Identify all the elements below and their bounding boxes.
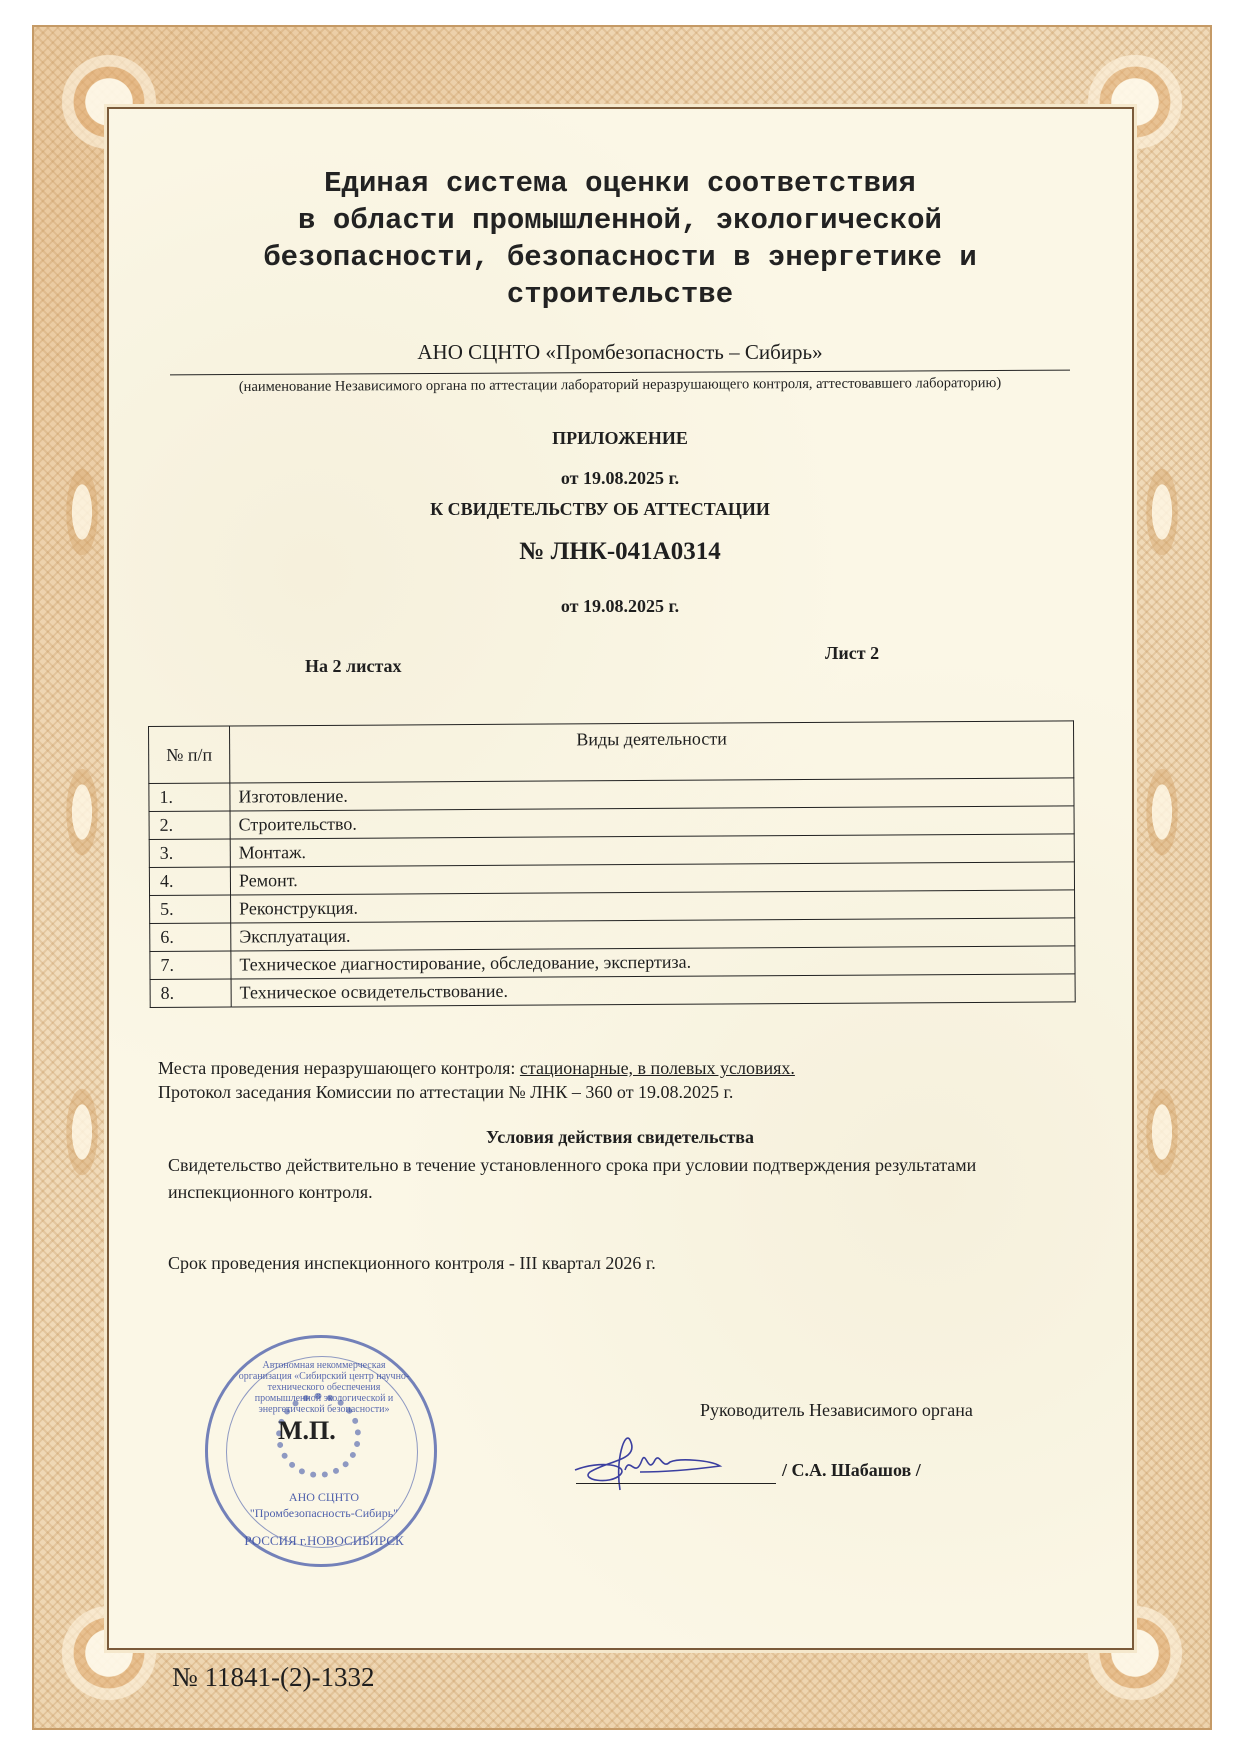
- seal-city: РОССИЯ г.НОВОСИБИРСК: [208, 1533, 440, 1549]
- signer-name: / С.А. Шабашов /: [782, 1460, 921, 1481]
- side-ornament-right: [1142, 457, 1182, 567]
- seal-org-line1: АНО СЦНТО: [208, 1490, 440, 1505]
- side-ornament-left: [62, 457, 102, 567]
- column-header-activity-label: Виды деятельности: [576, 728, 727, 749]
- column-header-activity: Виды деятельности: [230, 721, 1074, 783]
- title-line: безопасности, безопасности в энергетике …: [150, 239, 1090, 276]
- row-number: 3.: [149, 839, 230, 867]
- signer-title: Руководитель Независимого органа: [700, 1400, 973, 1421]
- signature-line: [576, 1483, 776, 1484]
- title-line: строительстве: [150, 276, 1090, 313]
- sheet-number: Лист 2: [825, 643, 879, 664]
- total-sheets: На 2 листах: [305, 656, 402, 677]
- testing-places-value: стационарные, в полевых условиях.: [520, 1058, 795, 1078]
- row-number: 1.: [149, 783, 230, 811]
- row-number: 4.: [149, 867, 230, 895]
- side-ornament-right: [1142, 1077, 1182, 1187]
- side-ornament-left: [62, 757, 102, 867]
- appendix-date: от 19.08.2025 г.: [150, 468, 1090, 489]
- table-row: 8.Техническое освидетельствование.: [150, 974, 1075, 1008]
- column-header-number: № п/п: [149, 726, 230, 783]
- table-header-row: № п/п Виды деятельности: [149, 721, 1074, 784]
- row-activity: Техническое освидетельствование.: [231, 974, 1075, 1007]
- row-number: 6.: [150, 923, 231, 951]
- organization-name: АНО СЦНТО «Промбезопасность – Сибирь»: [150, 340, 1090, 365]
- testing-places: Места проведения неразрушающего контроля…: [158, 1058, 795, 1079]
- seal-org-line2: "Промбезопасность-Сибирь": [208, 1506, 440, 1521]
- inspection-deadline: Срок проведения инспекционного контроля …: [168, 1253, 656, 1274]
- seal-outer-text: Автономная некоммерческая организация «С…: [208, 1360, 440, 1415]
- row-number: 5.: [150, 895, 231, 923]
- certificate-date: от 19.08.2025 г.: [150, 596, 1090, 617]
- official-seal: Автономная некоммерческая организация «С…: [205, 1335, 437, 1567]
- commission-protocol: Протокол заседания Комиссии по аттестаци…: [158, 1082, 733, 1103]
- activities-table: № п/п Виды деятельности 1.Изготовление.2…: [148, 720, 1076, 1008]
- seal-mp-label: М.П.: [278, 1416, 336, 1446]
- testing-places-label: Места проведения неразрушающего контроля…: [158, 1058, 520, 1078]
- conditions-title: Условия действия свидетельства: [150, 1127, 1090, 1148]
- row-number: 8.: [150, 979, 231, 1007]
- conditions-text: Свидетельство действительно в течение ус…: [168, 1152, 1088, 1206]
- side-ornament-left: [62, 1077, 102, 1187]
- row-number: 2.: [149, 811, 230, 839]
- to-certificate-label: К СВИДЕТЕЛЬСТВУ ОБ АТТЕСТАЦИИ: [130, 499, 1070, 520]
- signature-icon: [570, 1430, 770, 1500]
- row-number: 7.: [150, 951, 231, 979]
- document-title: Единая система оценки соответствия в обл…: [150, 165, 1090, 313]
- title-line: в области промышленной, экологической: [150, 202, 1090, 239]
- certificate-number: № ЛНК-041А0314: [150, 538, 1090, 566]
- side-ornament-right: [1142, 757, 1182, 867]
- title-line: Единая система оценки соответствия: [150, 165, 1090, 202]
- appendix-label: ПРИЛОЖЕНИЕ: [150, 428, 1090, 449]
- form-serial-number: № 11841-(2)-1332: [172, 1662, 374, 1693]
